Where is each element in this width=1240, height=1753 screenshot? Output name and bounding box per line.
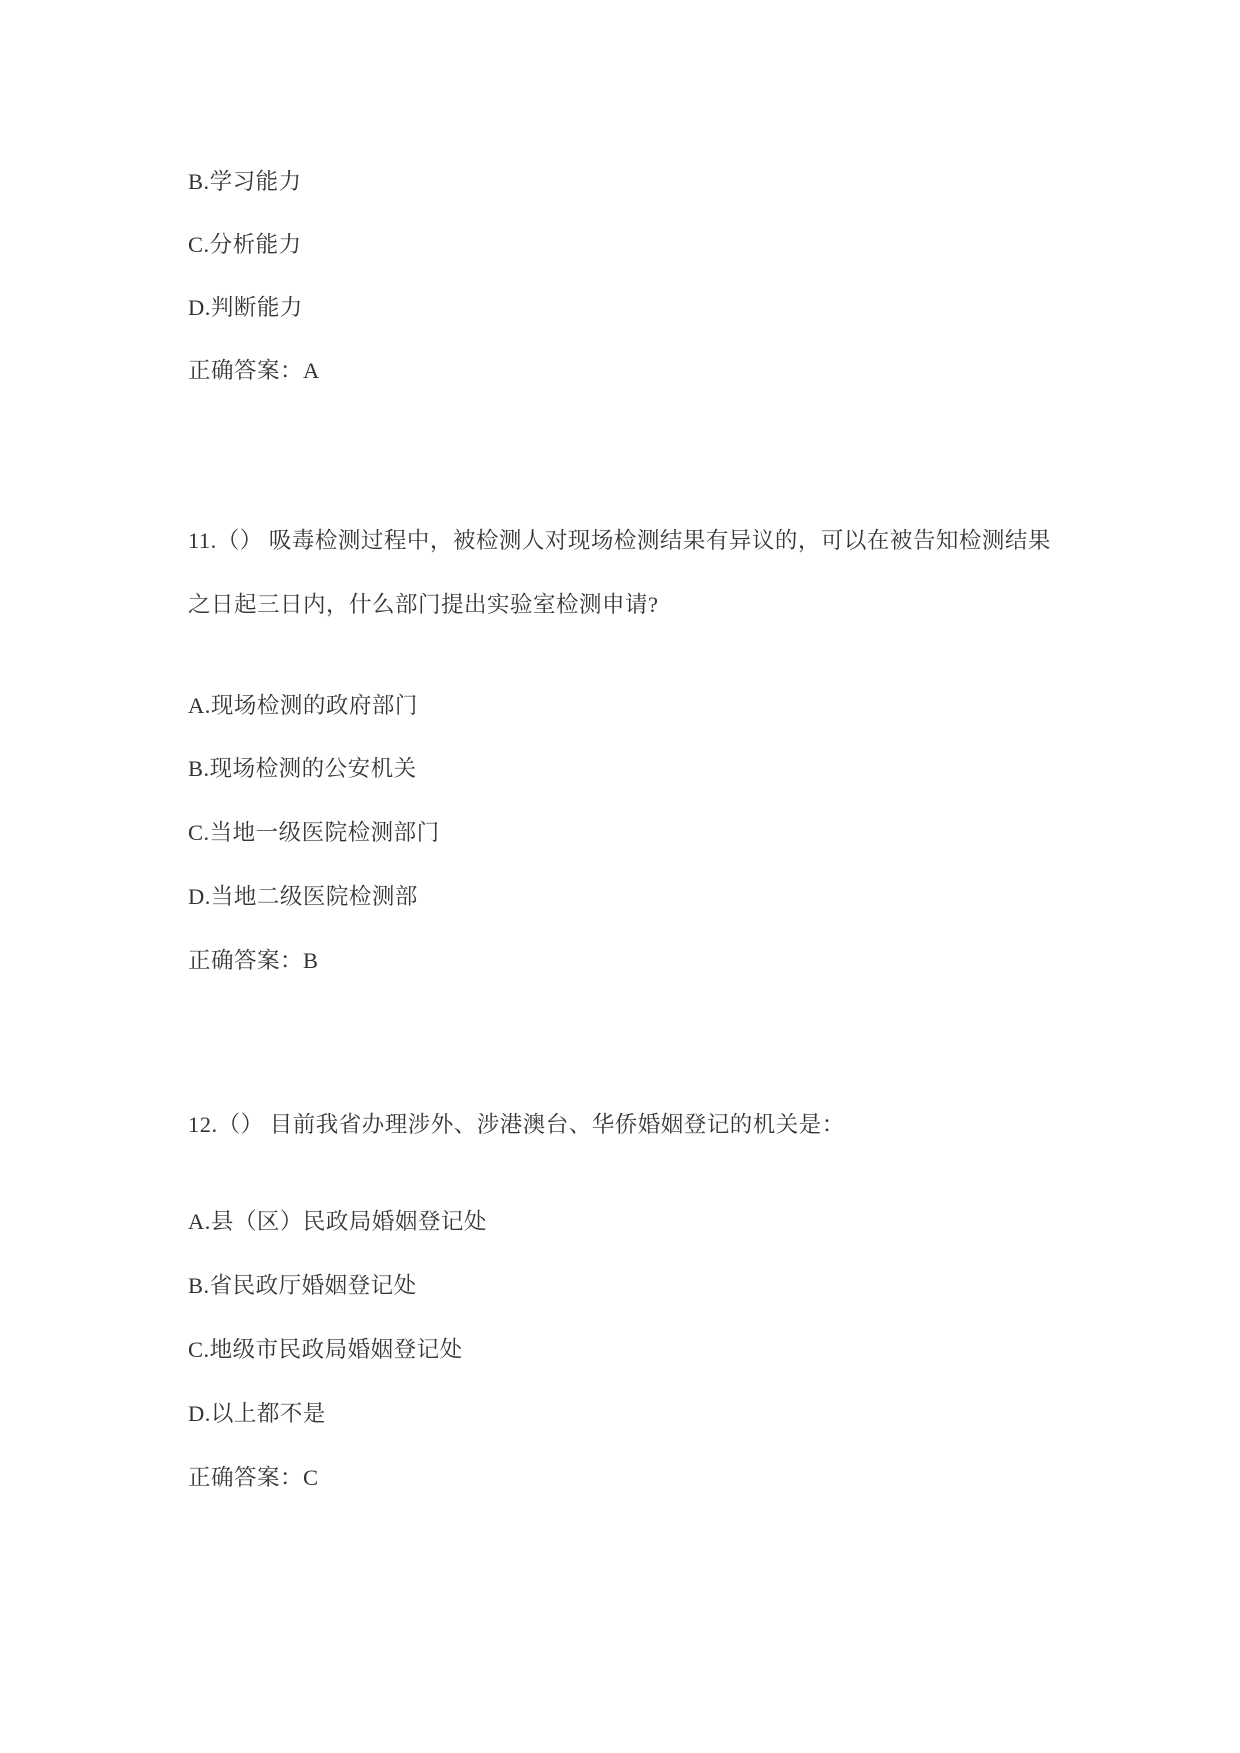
- question-11-answer: 正确答案：B: [188, 946, 319, 976]
- question-11-stem-line-1: 11.（） 吸毒检测过程中，被检测人对现场检测结果有异议的，可以在被告知检测结果: [188, 526, 1051, 556]
- question-11-option-b: B.现场检测的公安机关: [188, 754, 417, 784]
- question-11-option-a: A.现场检测的政府部门: [188, 691, 418, 721]
- question-12-option-b: B.省民政厅婚姻登记处: [188, 1271, 417, 1301]
- question-12-option-c: C.地级市民政局婚姻登记处: [188, 1335, 463, 1365]
- prev-question-option-c: C.分析能力: [188, 230, 302, 260]
- question-12-stem-line-1: 12.（） 目前我省办理涉外、涉港澳台、华侨婚姻登记的机关是：: [188, 1110, 845, 1140]
- document-page: B.学习能力 C.分析能力 D.判断能力 正确答案：A 11.（） 吸毒检测过程…: [0, 0, 1240, 1753]
- question-12-option-d: D.以上都不是: [188, 1399, 326, 1429]
- prev-question-option-d: D.判断能力: [188, 293, 303, 323]
- question-11-stem-line-2: 之日起三日内，什么部门提出实验室检测申请?: [188, 590, 659, 620]
- question-11-option-c: C.当地一级医院检测部门: [188, 818, 440, 848]
- prev-question-option-b: B.学习能力: [188, 167, 302, 197]
- prev-question-answer: 正确答案：A: [188, 356, 320, 386]
- question-11-option-d: D.当地二级医院检测部: [188, 882, 418, 912]
- question-12-option-a: A.县（区）民政局婚姻登记处: [188, 1207, 487, 1237]
- question-12-answer: 正确答案：C: [188, 1463, 319, 1493]
